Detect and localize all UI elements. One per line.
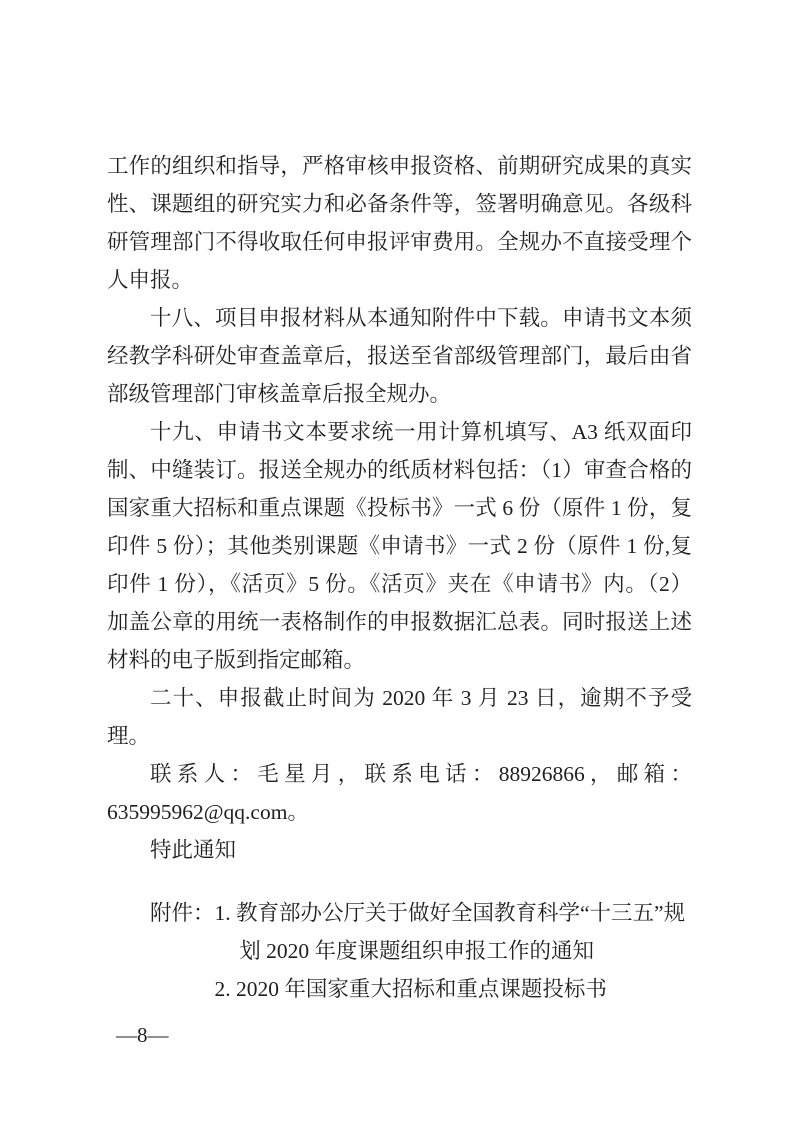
document-body: 工作的组织和指导，严格审核申报资格、前期研究成果的真实性、课题组的研究实力和必备… xyxy=(107,147,692,1008)
attachments-block: 附件： 1. 教育部办公厅关于做好全国教育科学“十三五”规划 2020 年度课题… xyxy=(107,894,692,1008)
paragraph-clause-20: 二十、申报截止时间为 2020 年 3 月 23 日，逾期不予受理。 xyxy=(107,679,692,755)
paragraph-clause-18: 十八、项目申报材料从本通知附件中下载。申请书文本须经教学科研处审查盖章后，报送至… xyxy=(107,299,692,413)
paragraph-continuation: 工作的组织和指导，严格审核申报资格、前期研究成果的真实性、课题组的研究实力和必备… xyxy=(107,147,692,299)
paragraph-clause-19: 十九、申请书文本要求统一用计算机填写、A3 纸双面印制、中缝装订。报送全规办的纸… xyxy=(107,413,692,679)
page-number: —8— xyxy=(116,1020,169,1050)
attachments-label: 附件： xyxy=(150,894,215,932)
document-page: 工作的组织和指导，严格审核申报资格、前期研究成果的真实性、课题组的研究实力和必备… xyxy=(0,0,793,1122)
attachments-list: 1. 教育部办公厅关于做好全国教育科学“十三五”规划 2020 年度课题组织申报… xyxy=(215,894,692,1008)
attachment-item-1: 1. 教育部办公厅关于做好全国教育科学“十三五”规划 2020 年度课题组织申报… xyxy=(215,894,692,970)
paragraph-contact-info: 联系人：毛星月，联系电话：88926866，邮箱：635995962@qq.co… xyxy=(107,755,692,831)
attachment-item-2: 2. 2020 年国家重大招标和重点课题投标书 xyxy=(215,970,692,1008)
paragraph-notice-closing: 特此通知 xyxy=(107,831,692,869)
